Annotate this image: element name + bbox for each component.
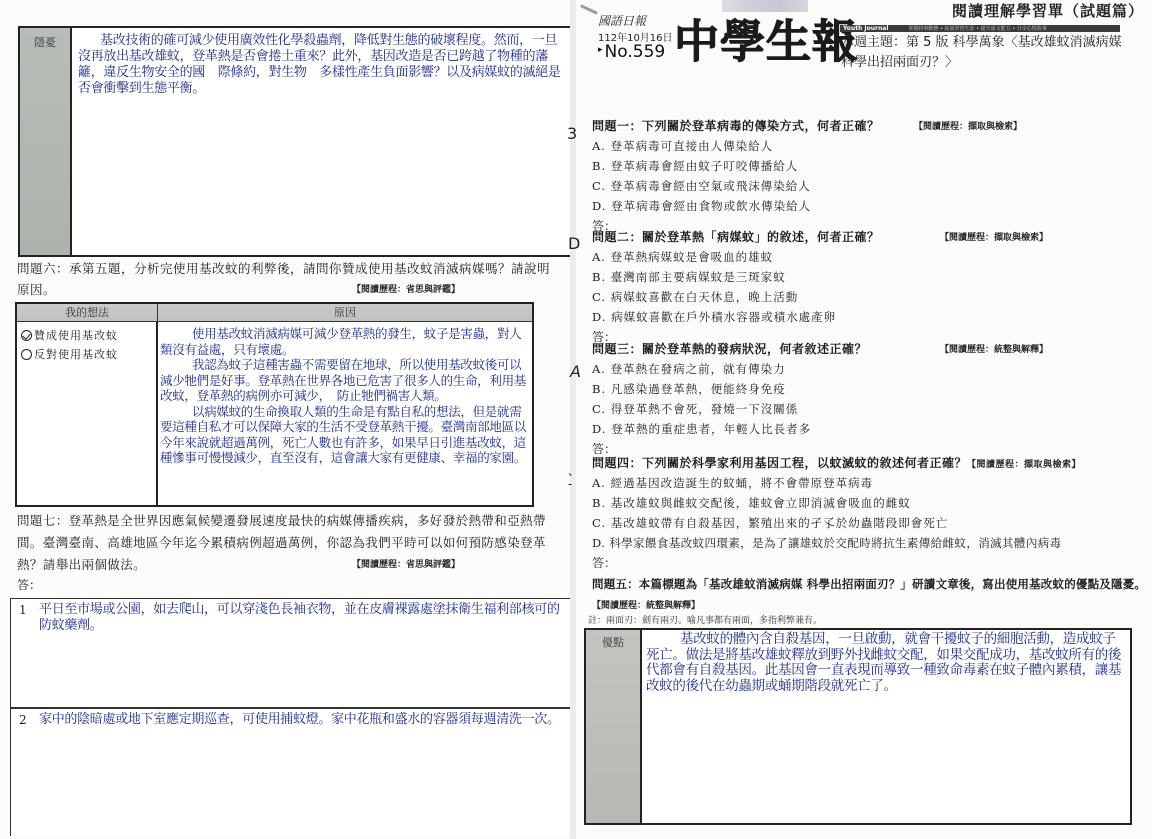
q7-question: 問題七：登革熱是全世界因應氣候變遷發展速度最快的病媒傳播疾病，多好發於熱帶和亞熱… — [17, 510, 565, 576]
option-d[interactable]: D. 登革熱的重症患者，年輕人比長者多 — [592, 421, 1147, 437]
option-agree[interactable]: 贊成使用基改蚊 — [21, 326, 152, 345]
col-my-opinion-header: 我的想法 — [17, 304, 158, 321]
q6-tag: 【閱讀歷程：省思與評鑑】 — [352, 282, 460, 295]
concern-handwritten-text: 基改技術的確可減少使用廣效性化學殺蟲劑，降低對生態的破壞程度。然而，一旦沒再放出… — [78, 33, 566, 97]
question-2: 問題二：關於登革熱「病媒蚊」的敘述，何者正確？ 【閱讀歷程：擷取與檢索】 A. … — [592, 228, 1147, 340]
worksheet-title: 閱讀理解學習單（試題篇） — [952, 0, 1144, 21]
advantage-handwritten-text: 基改蚊的體內含自殺基因，一旦啟動，就會干擾蚊子的細胞活動，造成蚊子死亡。做法是將… — [646, 632, 1126, 694]
option-a[interactable]: A. 登革熱病媒蚊是會吸血的雄蚊 — [592, 249, 1147, 265]
q7-answer-2[interactable]: 2 家中的陰暗處或地下室應定期巡查，可使用捕蚊燈。家中花瓶和盛水的容器須每週清洗… — [10, 708, 572, 836]
option-b[interactable]: B. 登革病毒會經由蚊子叮咬傳播給人 — [592, 158, 1147, 174]
question-3: 問題三：關於登革熱的發病狀況，何者敘述正確？ 【閱讀歷程：統整與解釋】 A. 登… — [592, 340, 1147, 454]
concern-label: 隱憂 — [20, 28, 72, 255]
q5-note: 註：兩面刃：劍有兩刃。喻凡事都有兩面，多指利弊兼有。 — [588, 613, 822, 626]
margin-mark-q1: 3 — [567, 124, 577, 143]
youth-journal-bar: Youth Journal掌握時事動態 • 拓展學習生涯 • 提升語文能力 • … — [840, 25, 1120, 32]
option-b[interactable]: B. 臺灣南部主要病媒蚊是三斑家蚊 — [592, 269, 1147, 285]
option-c[interactable]: C. 得登革熱不會死，發燒一下沒關係 — [592, 401, 1147, 417]
advantage-label: 優點 — [586, 630, 642, 823]
left-page: 隱憂 基改技術的確可減少使用廣效性化學殺蟲劑，降低對生態的破壞程度。然而，一旦沒… — [0, 0, 572, 839]
reason-handwritten-text: 使用基改蚊消滅病媒可減少登革熱的發生，蚊子是害蟲，對人類沒有益處，只有壞處。 我… — [158, 322, 532, 505]
option-b[interactable]: B. 凡感染過登革熱，便能終身免疫 — [592, 381, 1147, 397]
option-a[interactable]: A. 經過基因改造誕生的蚊蛹，將不會帶原登革病毒 — [592, 475, 1147, 491]
q7-answer-label: 答： — [17, 576, 41, 593]
option-disagree[interactable]: 反對使用基改蚊 — [21, 345, 152, 364]
pencil-icon — [580, 4, 598, 14]
answer-label: 答： — [592, 554, 1147, 571]
weekly-topic: 本週主題：第 5 版 科學萬象〈基改雄蚊消滅病媒 科學出招兩面刃？〉 — [841, 33, 1131, 73]
q6-question: 問題六：承第五題，分析完使用基改蚊的利弊後，請問你贊成使用基改蚊消滅病媒嗎？請說… — [17, 258, 562, 300]
q7-tag: 【閱讀歷程：省思與評鑑】 — [352, 557, 460, 570]
option-b[interactable]: B. 基改雄蚊與雌蚊交配後，雄蚊會立即消滅會吸血的雌蚊 — [592, 495, 1147, 511]
question-1: 問題一：下列關於登革病毒的傳染方式，何者正確？ 【閱讀歷程：擷取與檢索】 A. … — [592, 117, 1147, 228]
q7-answer-1[interactable]: 1 平日至市場或公園，如去爬山，可以穿淺色長袖衣物，並在皮膚裸露處塗抹衛生福利部… — [10, 598, 572, 708]
option-c[interactable]: C. 基改雄蚊帶有自殺基因，繁殖出來的孑孓於幼蟲階段即會死亡 — [592, 515, 1147, 531]
radio-empty-icon[interactable] — [21, 349, 32, 360]
question-4: 問題四：下列關於科學家利用基因工程，以蚊滅蚊的敘述何者正確？【閱讀歷程：擷取與檢… — [592, 454, 1147, 567]
option-c[interactable]: C. 登革病毒會經由空氣或飛沫傳染給人 — [592, 178, 1147, 194]
issue-number: ▸No.559 — [598, 42, 665, 62]
option-c[interactable]: C. 病媒蚊喜歡在白天休息，晚上活動 — [592, 289, 1147, 305]
redacted-block — [722, 0, 808, 12]
paper-logo: 中學生報 — [674, 18, 858, 66]
radio-checked-icon[interactable] — [21, 330, 32, 341]
publisher-name: 國語日報 — [598, 12, 646, 29]
q5-tag: 【閱讀歷程：統整與解釋】 — [592, 598, 700, 611]
option-d[interactable]: D. 科學家餵食基改蚊四環素，是為了讓雄蚊於交配時將抗生素傳給雌蚊，消滅其體內病… — [592, 535, 1147, 551]
option-a[interactable]: A. 登革熱在發病之前，就有傳染力 — [592, 361, 1147, 377]
margin-mark-q2: D — [568, 234, 580, 253]
margin-mark-q4b: - — [568, 477, 572, 491]
q6-opinion-table: 我的想法 原因 贊成使用基改蚊 反對使用基改蚊 使用基改蚊消滅病媒可減少登革熱的… — [15, 302, 534, 507]
option-a[interactable]: A. 登革病毒可直接由人傳染給人 — [592, 138, 1147, 154]
col-reason-header: 原因 — [158, 304, 532, 321]
right-page: 閱讀理解學習單（試題篇） 國語日報 112年10月16日 ▸No.559 中學生… — [576, 0, 1152, 839]
concern-panel: 隱憂 基改技術的確可減少使用廣效性化學殺蟲劑，降低對生態的破壞程度。然而，一旦沒… — [18, 26, 572, 257]
advantage-panel: 優點 基改蚊的體內含自殺基因，一旦啟動，就會干擾蚊子的細胞活動，造成蚊子死亡。做… — [584, 628, 1132, 825]
q5-question: 問題五：本篇標題為「基改雄蚊消滅病媒 科學出招兩面刃？」研讀文章後，寫出使用基改… — [592, 576, 1152, 592]
margin-mark-q3: A — [570, 362, 581, 381]
option-d[interactable]: D. 登革病毒會經由食物或飲水傳染給人 — [592, 198, 1147, 214]
multiple-choice-questions: 問題一：下列關於登革病毒的傳染方式，何者正確？ 【閱讀歷程：擷取與檢索】 A. … — [592, 117, 1147, 567]
triangle-right-icon: ▸ — [598, 45, 603, 55]
option-d[interactable]: D. 病媒蚊喜歡在戶外積水容器或積水處產卵 — [592, 309, 1147, 325]
